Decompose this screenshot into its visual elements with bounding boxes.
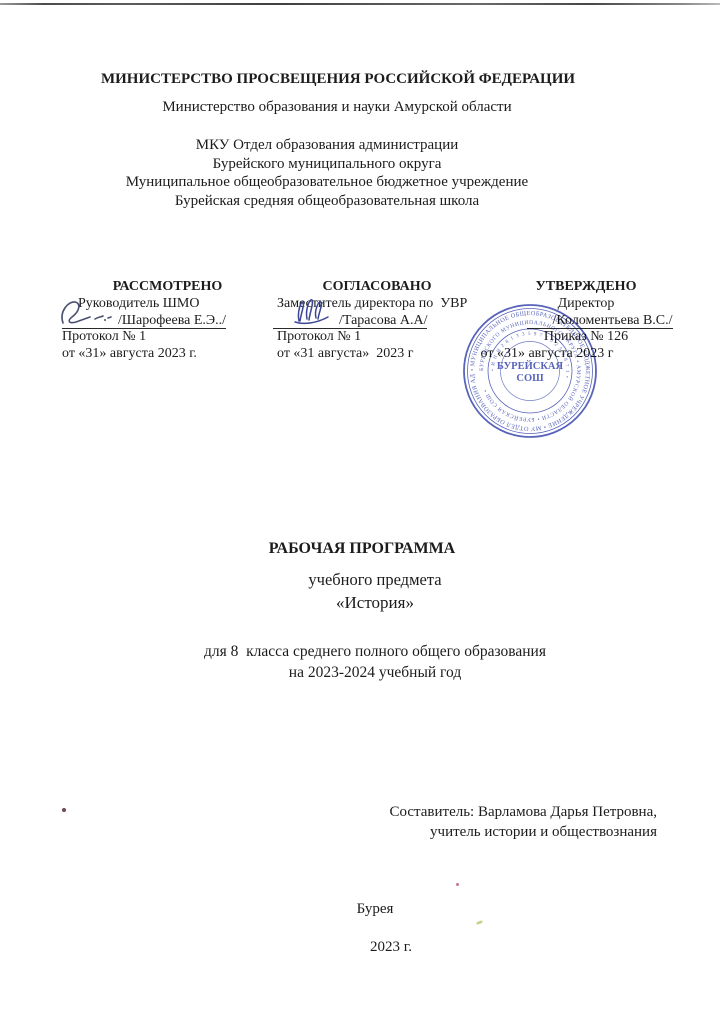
compiler-position-line: учитель истории и обществознания <box>237 822 657 842</box>
program-year-line: на 2023-2024 учебный год <box>30 664 720 682</box>
compiler-line: Составитель: Варламова Дарья Петровна, <box>237 802 657 822</box>
program-subject-name: «История» <box>30 593 720 613</box>
signature-scribble-reviewed <box>56 296 156 328</box>
approval-title: РАССМОТРЕНО <box>60 279 275 296</box>
footer-city: Бурея <box>30 901 720 918</box>
approver-name: /Тарасова А.А/ <box>339 313 427 328</box>
organization-line: МКУ Отдел образования администрации <box>0 136 654 155</box>
scan-speck <box>476 920 484 925</box>
organization-line: Бурейская средняя общеобразовательная шк… <box>0 192 654 211</box>
approval-doc: Протокол № 1 <box>60 329 275 346</box>
scan-speck <box>456 883 459 886</box>
organization-block: МКУ Отдел образования администрации Буре… <box>0 136 654 210</box>
stamp-center-line1: БУРЕЙСКАЯ <box>497 360 564 372</box>
approval-title: СОГЛАСОВАНО <box>277 279 477 296</box>
program-title: РАБОЧАЯ ПРОГРАММА <box>4 540 720 558</box>
stamp-center-line2: СОШ <box>516 373 544 384</box>
program-grade-line: для 8 класса среднего полного общего обр… <box>30 643 720 661</box>
scan-speck <box>62 808 66 812</box>
approval-date: от «31» августа 2023 г. <box>60 346 275 363</box>
program-subject-label: учебного предмета <box>30 570 720 590</box>
ministry-federal-line: МИНИСТЕРСТВО ПРОСВЕЩЕНИЯ РОССИЙСКОЙ ФЕДЕ… <box>0 71 676 88</box>
title-block: РАБОЧАЯ ПРОГРАММА учебного предмета «Ист… <box>30 540 720 682</box>
organization-line: Бурейского муниципального округа <box>0 155 654 174</box>
school-stamp: • МУНИЦИПАЛЬНОЕ ОБЩЕОБРАЗОВАТЕЛЬНОЕ БЮДЖ… <box>460 301 600 441</box>
ministry-regional-line: Министерство образования и науки Амурско… <box>0 99 674 116</box>
approval-doc: Протокол № 1 <box>277 329 477 346</box>
approval-title: УТВЕРЖДЕНО <box>476 279 696 296</box>
footer-year: 2023 г. <box>46 939 720 956</box>
scan-artifact-line <box>0 3 720 5</box>
signature-scribble-agreed <box>288 296 334 326</box>
organization-line: Муниципальное общеобразовательное бюджет… <box>0 173 654 192</box>
compiler-block: Составитель: Варламова Дарья Петровна, у… <box>237 802 657 842</box>
